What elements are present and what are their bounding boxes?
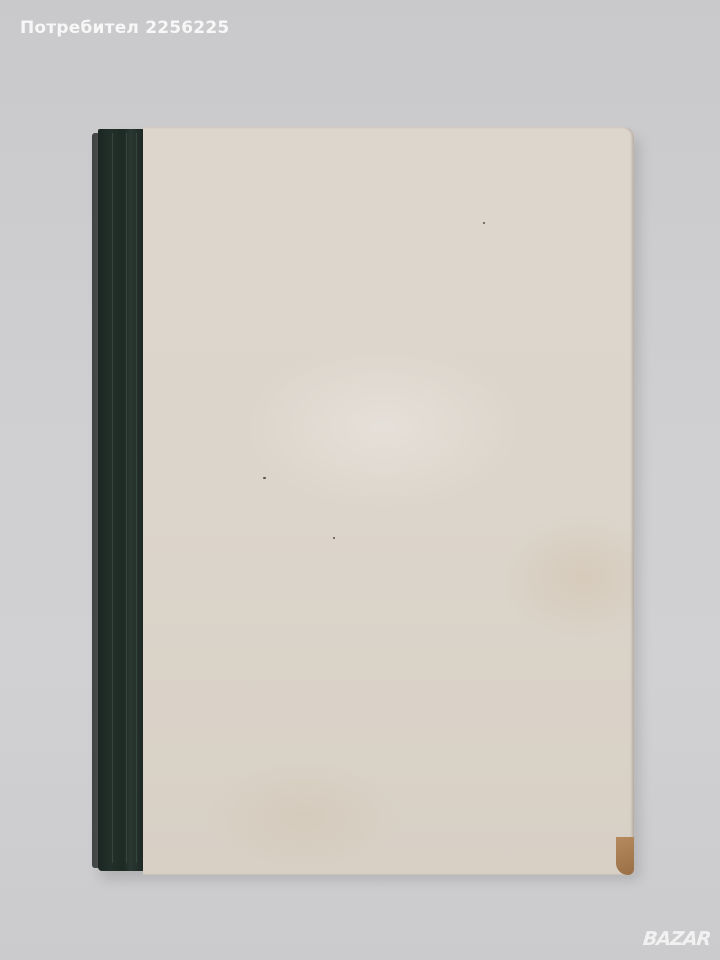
book-spine	[98, 129, 144, 871]
cover-speck	[333, 537, 335, 539]
book-back-cover	[143, 127, 634, 875]
spine-groove	[126, 133, 127, 863]
spine-groove	[112, 133, 113, 863]
cover-speck	[483, 222, 485, 224]
cover-speck	[263, 477, 266, 479]
user-watermark: Потребител 2256225	[20, 18, 229, 38]
worn-corner	[616, 837, 634, 875]
spine-groove	[136, 133, 137, 863]
book	[92, 127, 634, 875]
bazar-logo: BAZAR	[642, 928, 712, 950]
product-photo	[0, 0, 720, 960]
